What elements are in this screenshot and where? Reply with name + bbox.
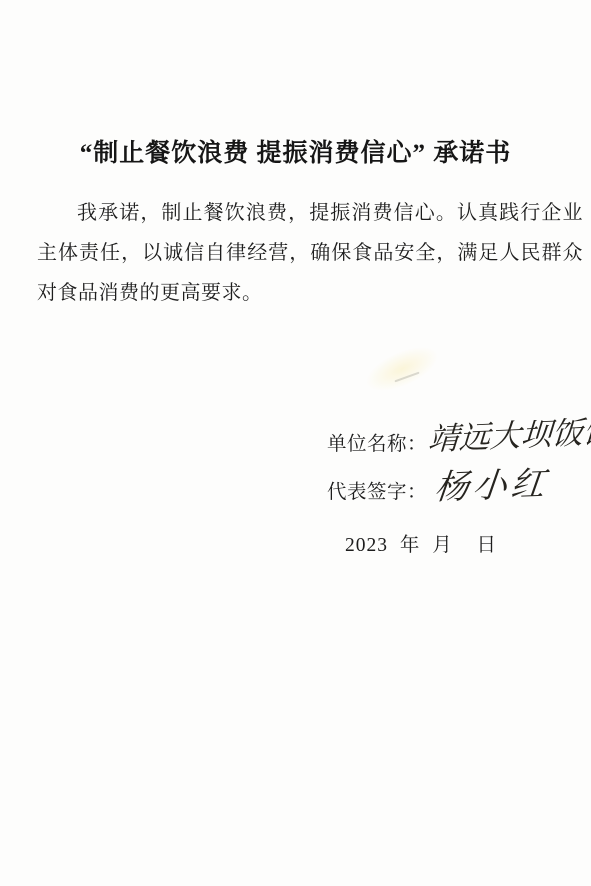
handwritten-unit-name: 靖远大坝饭馆: [427, 417, 591, 456]
document-title: “制止餐饮浪费 提振消费信心” 承诺书: [0, 133, 591, 169]
unit-name-label: 单位名称：: [327, 430, 427, 460]
body-paragraph: 我承诺，制止餐饮浪费，提振消费信心。认真践行企业主体责任，以诚信自律经营，确保食…: [37, 193, 583, 313]
representative-signature-row: 代表签字： 杨小红: [327, 478, 547, 508]
document-page: “制止餐饮浪费 提振消费信心” 承诺书 我承诺，制止餐饮浪费，提振消费信心。认真…: [0, 0, 591, 886]
date-line: 2023 年 月 日: [345, 534, 497, 558]
scan-stray-pen-stroke: [394, 372, 419, 383]
scan-smudge-artifact: [359, 338, 444, 401]
handwritten-signature: 杨小红: [433, 467, 551, 505]
representative-signature-label: 代表签字：: [327, 478, 427, 508]
unit-name-row: 单位名称： 靖远大坝饭馆: [327, 430, 591, 460]
